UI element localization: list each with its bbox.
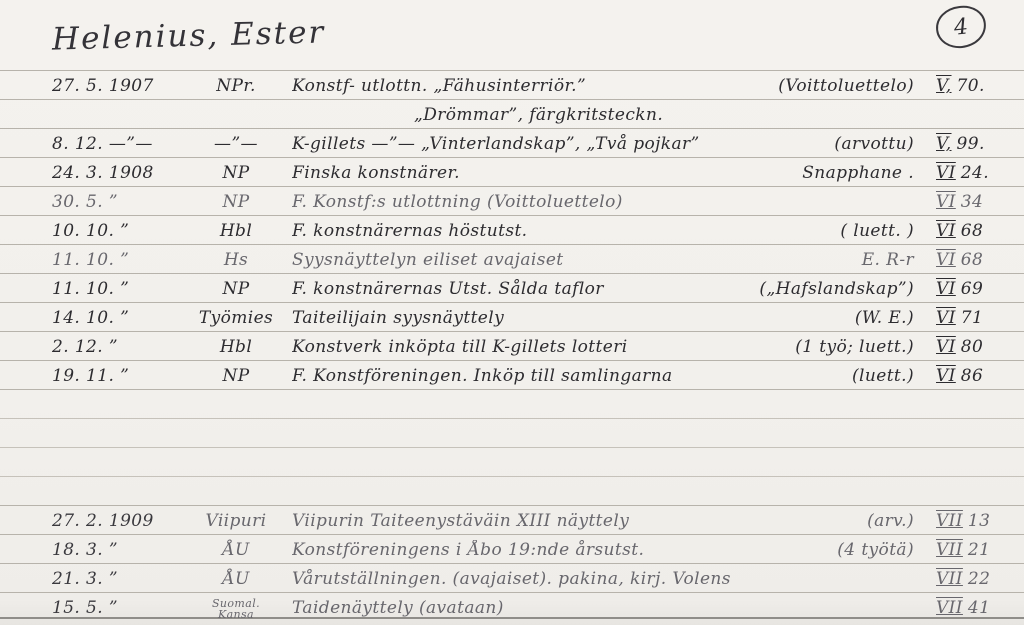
entry-note: (1 työ; luett.) xyxy=(795,337,914,357)
entry-date: 8. 12. —”— xyxy=(52,134,180,154)
entry-description: Taidenäyttely (avataan) xyxy=(292,598,936,618)
entry-publication: Työmies xyxy=(180,308,292,328)
entry-date: 30. 5. ” xyxy=(52,192,180,212)
ruled-line xyxy=(0,447,1024,448)
ledger-row: 18. 3. ”ÅUKonstföreningens i Åbo 19:nde … xyxy=(0,534,1024,563)
entry-reference: VI71 xyxy=(936,308,1010,328)
entry-note: (arvottu) xyxy=(834,134,914,154)
entry-date: 18. 3. ” xyxy=(52,540,180,560)
ruled-line xyxy=(0,418,1024,419)
entry-volume: VII xyxy=(936,511,963,531)
entry-volume: VI xyxy=(936,163,956,183)
entry-reference: VI86 xyxy=(936,366,1010,386)
entry-publication: Suomal. Kansa xyxy=(180,598,292,620)
entry-reference: VI69 xyxy=(936,279,1010,299)
entry-reference: VI34 xyxy=(936,192,1010,212)
entry-note: (4 työtä) xyxy=(837,540,914,560)
entry-publication: Viipuri xyxy=(180,511,292,531)
entry-publication: NP xyxy=(180,163,292,183)
entry-volume: VI xyxy=(936,308,956,328)
entry-volume: VI xyxy=(936,221,956,241)
entry-volume: VII xyxy=(936,540,963,560)
entry-reference: VII22 xyxy=(936,569,1010,589)
entry-publication: Hs xyxy=(180,250,292,270)
entry-page: 41 xyxy=(968,598,990,618)
ledger-row: 30. 5. ”NPF. Konstf:s utlottning (Voitto… xyxy=(0,186,1024,215)
entry-description: Taiteilijain syysnäyttely xyxy=(292,308,855,328)
entry-note: Snapphane . xyxy=(802,163,914,183)
entry-page: 21 xyxy=(968,540,990,560)
entry-reference: VII21 xyxy=(936,540,1010,560)
entry-date: 11. 10. ” xyxy=(52,279,180,299)
paper: 4 Helenius, Ester 27. 5. 1907NPr.Konstf-… xyxy=(0,0,1024,625)
entry-date: 24. 3. 1908 xyxy=(52,163,180,183)
entry-publication: ÅU xyxy=(180,540,292,560)
ruled-line xyxy=(0,476,1024,477)
entry-page: 34 xyxy=(961,192,983,212)
page-title: Helenius, Ester xyxy=(52,14,326,57)
entry-description: Syysnäyttelyn eiliset avajaiset xyxy=(292,250,862,270)
entry-date: 27. 2. 1909 xyxy=(52,511,180,531)
ledger-row: 15. 5. ”Suomal. KansaTaidenäyttely (avat… xyxy=(0,592,1024,621)
ruled-line xyxy=(0,389,1024,390)
entry-publication: ÅU xyxy=(180,569,292,589)
entry-description: Finska konstnärer. xyxy=(292,163,802,183)
entry-date: 19. 11. ” xyxy=(52,366,180,386)
entry-page: 68 xyxy=(961,221,983,241)
entry-volume: VII xyxy=(936,569,963,589)
ledger-row: 27. 2. 1909ViipuriViipurin Taiteenystävä… xyxy=(0,505,1024,534)
ledger-row: 11. 10. ”NPF. konstnärernas Utst. Sålda … xyxy=(0,273,1024,302)
ledger-row: 21. 3. ”ÅUVårutställningen. (avajaiset).… xyxy=(0,563,1024,592)
entries-1907-1908: 27. 5. 1907NPr.Konstf- utlottn. „Fähusin… xyxy=(0,70,1024,389)
entry-publication: —”— xyxy=(180,134,292,154)
entry-publication: NPr. xyxy=(180,76,292,96)
entry-page: 24. xyxy=(961,163,989,183)
entry-note: ( luett. ) xyxy=(840,221,914,241)
entry-page: 86 xyxy=(961,366,983,386)
ledger-row: 11. 10. ”HsSyysnäyttelyn eiliset avajais… xyxy=(0,244,1024,273)
entry-date: 2. 12. ” xyxy=(52,337,180,357)
entry-description: K-gillets —”— „Vinterlandskap”, „Två poj… xyxy=(292,134,834,154)
page-number-badge: 4 xyxy=(934,4,988,51)
entry-description: F. Konstföreningen. Inköp till samlingar… xyxy=(292,366,852,386)
entries-1909: 27. 2. 1909ViipuriViipurin Taiteenystävä… xyxy=(0,505,1024,621)
entry-reference: VI80 xyxy=(936,337,1010,357)
entry-date: 27. 5. 1907 xyxy=(52,76,180,96)
ledger-row: 14. 10. ”TyömiesTaiteilijain syysnäyttel… xyxy=(0,302,1024,331)
ledger-row: 27. 5. 1907NPr.Konstf- utlottn. „Fähusin… xyxy=(0,70,1024,99)
ledger-row: 19. 11. ”NPF. Konstföreningen. Inköp til… xyxy=(0,360,1024,389)
entry-date: 14. 10. ” xyxy=(52,308,180,328)
entry-publication: Hbl xyxy=(180,221,292,241)
entry-page: 13 xyxy=(968,511,990,531)
ledger-row: „Drömmar”, färgkritsteckn. xyxy=(0,99,1024,128)
entry-page: 71 xyxy=(961,308,983,328)
entry-page: 99. xyxy=(957,134,985,154)
entry-publication: NP xyxy=(180,366,292,386)
entry-description: Vårutställningen. (avajaiset). pakina, k… xyxy=(292,569,936,589)
entry-description: Konstverk inköpta till K-gillets lotteri xyxy=(292,337,795,357)
entry-date: 15. 5. ” xyxy=(52,598,180,618)
entry-description: Viipurin Taiteenystäväin XIII näyttely xyxy=(292,511,867,531)
ledger-row: 24. 3. 1908NPFinska konstnärer.Snapphane… xyxy=(0,157,1024,186)
entry-description: F. konstnärernas höstutst. xyxy=(292,221,840,241)
entry-description: „Drömmar”, färgkritsteckn. xyxy=(292,105,936,125)
entry-reference: VI68 xyxy=(936,221,1010,241)
entry-reference: VII41 xyxy=(936,598,1010,618)
entry-note: („Hafslandskap”) xyxy=(759,279,914,299)
entry-page: 70. xyxy=(957,76,985,96)
entry-page: 22 xyxy=(968,569,990,589)
entry-date: 21. 3. ” xyxy=(52,569,180,589)
ledger-row: 2. 12. ”HblKonstverk inköpta till K-gill… xyxy=(0,331,1024,360)
entry-date: 11. 10. ” xyxy=(52,250,180,270)
entry-volume: VI xyxy=(936,279,956,299)
entry-publication: Hbl xyxy=(180,337,292,357)
entry-date: 10. 10. ” xyxy=(52,221,180,241)
entry-volume: VI xyxy=(936,337,956,357)
ledger-row: 8. 12. —”——”—K-gillets —”— „Vinterlandsk… xyxy=(0,128,1024,157)
entry-note: (luett.) xyxy=(852,366,914,386)
entry-reference: VI24. xyxy=(936,163,1010,183)
page-number: 4 xyxy=(953,14,970,40)
entry-description: Konstf- utlottn. „Fähusinterriör.” xyxy=(292,76,778,96)
entry-page: 69 xyxy=(961,279,983,299)
entry-description: F. konstnärernas Utst. Sålda taflor xyxy=(292,279,759,299)
entry-volume: VI xyxy=(936,250,956,270)
entry-publication: NP xyxy=(180,279,292,299)
entry-volume: VI xyxy=(936,192,956,212)
entry-description: F. Konstf:s utlottning (Voittoluettelo) xyxy=(292,192,936,212)
entry-publication: NP xyxy=(180,192,292,212)
entry-volume: VII xyxy=(936,598,963,618)
entry-page: 80 xyxy=(961,337,983,357)
entry-note: (arv.) xyxy=(867,511,914,531)
entry-reference: V,99. xyxy=(936,134,1010,154)
entry-volume: V, xyxy=(936,134,952,154)
entry-volume: V, xyxy=(936,76,952,96)
entry-note: (Voittoluettelo) xyxy=(778,76,914,96)
entry-reference: VI68 xyxy=(936,250,1010,270)
entry-reference: VII13 xyxy=(936,511,1010,531)
entry-page: 68 xyxy=(961,250,983,270)
ledger-row: 10. 10. ”HblF. konstnärernas höstutst.( … xyxy=(0,215,1024,244)
entry-note: E. R-r xyxy=(862,250,914,270)
entry-description: Konstföreningens i Åbo 19:nde årsutst. xyxy=(292,540,837,560)
entry-volume: VI xyxy=(936,366,956,386)
entry-reference: V,70. xyxy=(936,76,1010,96)
entry-note: (W. E.) xyxy=(855,308,914,328)
